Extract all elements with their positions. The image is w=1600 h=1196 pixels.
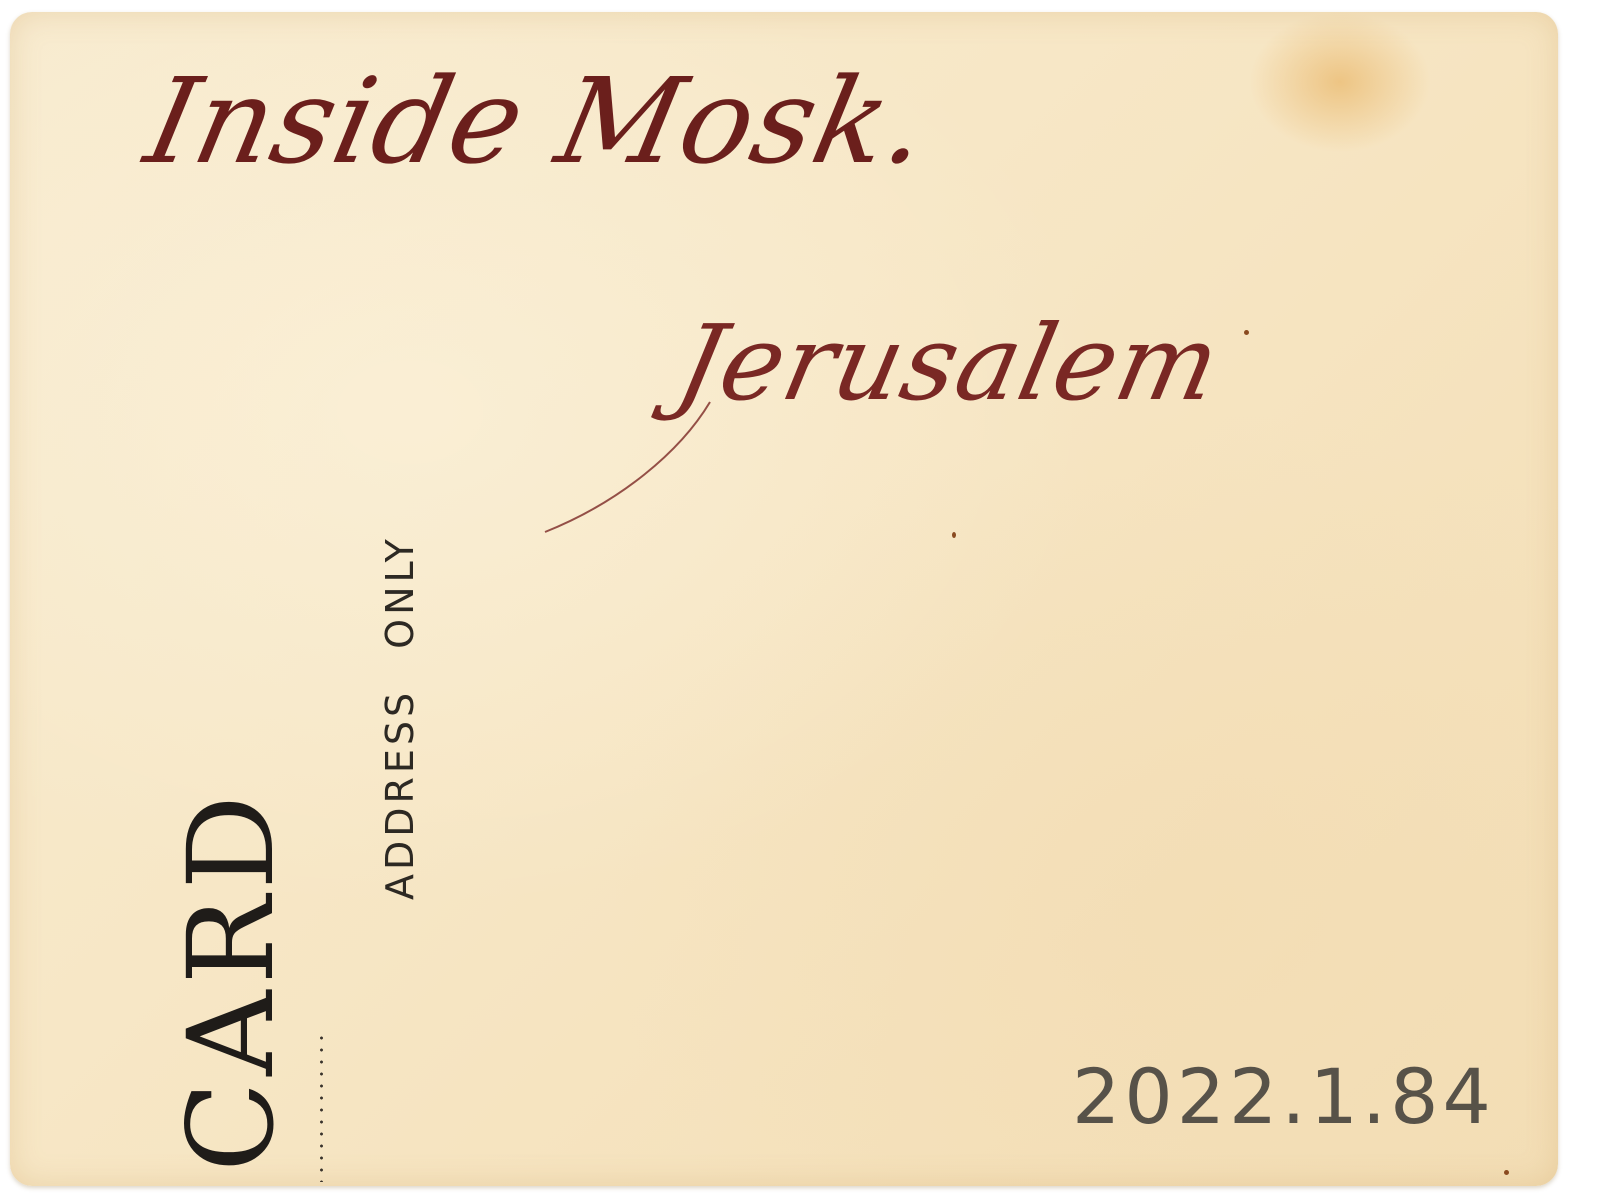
postcard-back: Inside Mosk. Jerusalem CARD ADDRESSONLY … [10,12,1558,1186]
printed-card-title: CARD [162,789,300,1172]
dotted-divider [320,1032,323,1182]
pen-flourish [540,392,740,542]
address-label-word: ADDRESS [378,689,422,900]
accession-number: 2022.1.84 [1072,1052,1495,1141]
printed-address-label: ADDRESSONLY [378,535,422,900]
handwritten-caption-line-1: Inside Mosk. [135,52,942,190]
only-label-word: ONLY [378,535,422,649]
paper-speck [1244,330,1249,335]
paper-speck [952,532,956,538]
paper-speck [1504,1170,1509,1175]
handwritten-caption-line-2: Jerusalem [667,302,1231,424]
